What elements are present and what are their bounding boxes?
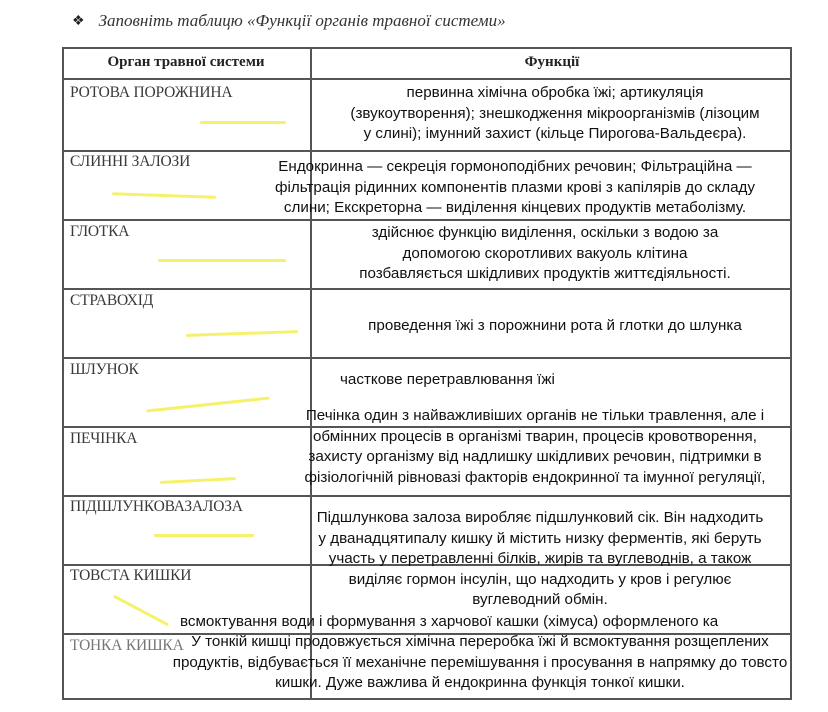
organ-cell: СЛИННІ ЗАЛОЗИ bbox=[70, 153, 190, 171]
function-cell: Печінка один з найважливіших органів не … bbox=[245, 406, 825, 488]
four-diamond-bullet-icon: ❖ bbox=[72, 13, 85, 30]
organ-cell: ПІДШЛУНКОВАЗАЛОЗА bbox=[70, 498, 243, 516]
highlighter-mark bbox=[154, 534, 254, 537]
function-cell: У тонкій кишці продовжується хімічна пер… bbox=[80, 632, 828, 694]
row-divider bbox=[62, 357, 792, 359]
function-cell: Ендокринна — секреція гормоноподібних ре… bbox=[210, 157, 820, 219]
header-organ: Орган травної системи bbox=[62, 47, 310, 78]
row-divider bbox=[62, 288, 792, 290]
organ-cell: ТОВСТА КИШКИ bbox=[70, 567, 191, 585]
organ-cell: ПЕЧІНКА bbox=[70, 430, 137, 448]
organ-cell: ГЛОТКА bbox=[70, 223, 129, 241]
function-cell: Підшлункова залоза виробляє підшлунковий… bbox=[250, 508, 828, 611]
row-divider bbox=[62, 495, 792, 497]
organ-cell: РОТОВА ПОРОЖНИНА bbox=[70, 84, 232, 102]
row-divider bbox=[62, 150, 792, 152]
function-cell: здійснює функцію виділення, оскільки з в… bbox=[300, 223, 790, 285]
worksheet-title: ❖ Заповніть таблицю «Функції органів тра… bbox=[72, 10, 506, 32]
highlighter-mark bbox=[200, 121, 286, 124]
header-functions: Функції bbox=[312, 47, 792, 78]
worksheet-title-text: Заповніть таблицю «Функції органів травн… bbox=[99, 11, 506, 31]
organ-cell: ШЛУНОК bbox=[70, 361, 139, 379]
row-divider bbox=[62, 78, 792, 80]
function-cell: проведення їжі з порожнини рота й глотки… bbox=[312, 316, 798, 337]
row-divider bbox=[62, 219, 792, 221]
highlighter-mark bbox=[158, 259, 286, 262]
organ-cell: СТРАВОХІД bbox=[70, 292, 153, 310]
function-cell: первинна хімічна обробка їжі; артикуляці… bbox=[280, 83, 828, 145]
function-cell: часткове перетравлювання їжі bbox=[340, 370, 610, 391]
function-cell: всмоктування води і формування з харчово… bbox=[180, 612, 828, 633]
